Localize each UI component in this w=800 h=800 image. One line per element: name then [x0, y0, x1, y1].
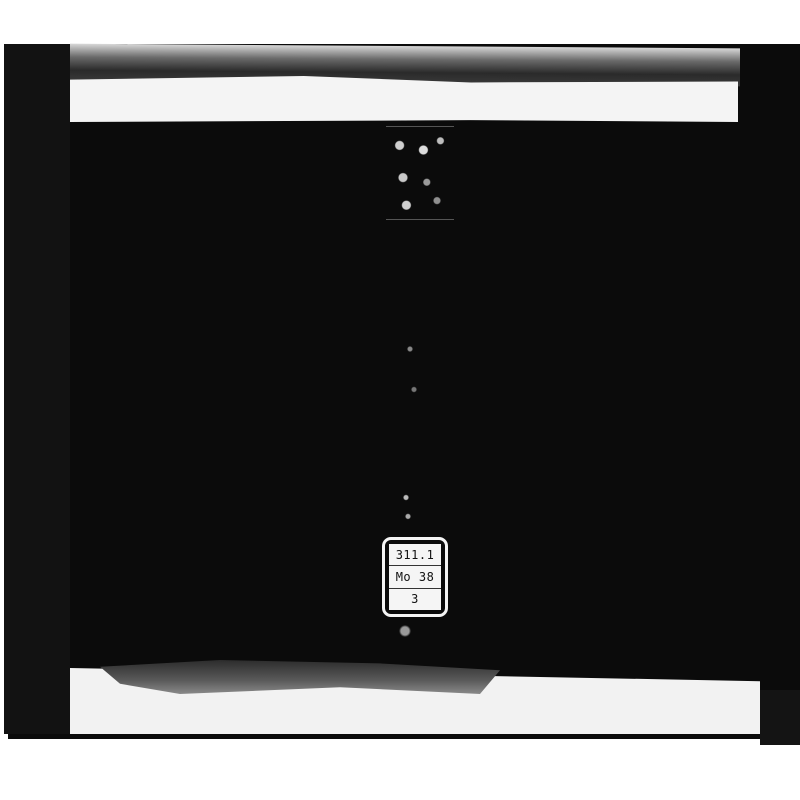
call-number-cutter: Mo 38 — [389, 566, 441, 588]
book-right-corner — [760, 690, 800, 745]
spine-foot-ornament — [390, 620, 420, 642]
call-number-volume: 3 — [389, 589, 441, 610]
spine-ornament-icon — [386, 126, 454, 220]
call-number-label: 311.1 Mo 38 3 — [382, 537, 448, 617]
call-number-label-paper: 311.1 Mo 38 3 — [389, 544, 441, 610]
spine-tooling — [394, 268, 434, 538]
top-page-edge — [70, 76, 738, 122]
book-scan: 311.1 Mo 38 3 — [0, 0, 800, 800]
book-left-edge — [4, 44, 70, 734]
call-number-class: 311.1 — [389, 544, 441, 566]
